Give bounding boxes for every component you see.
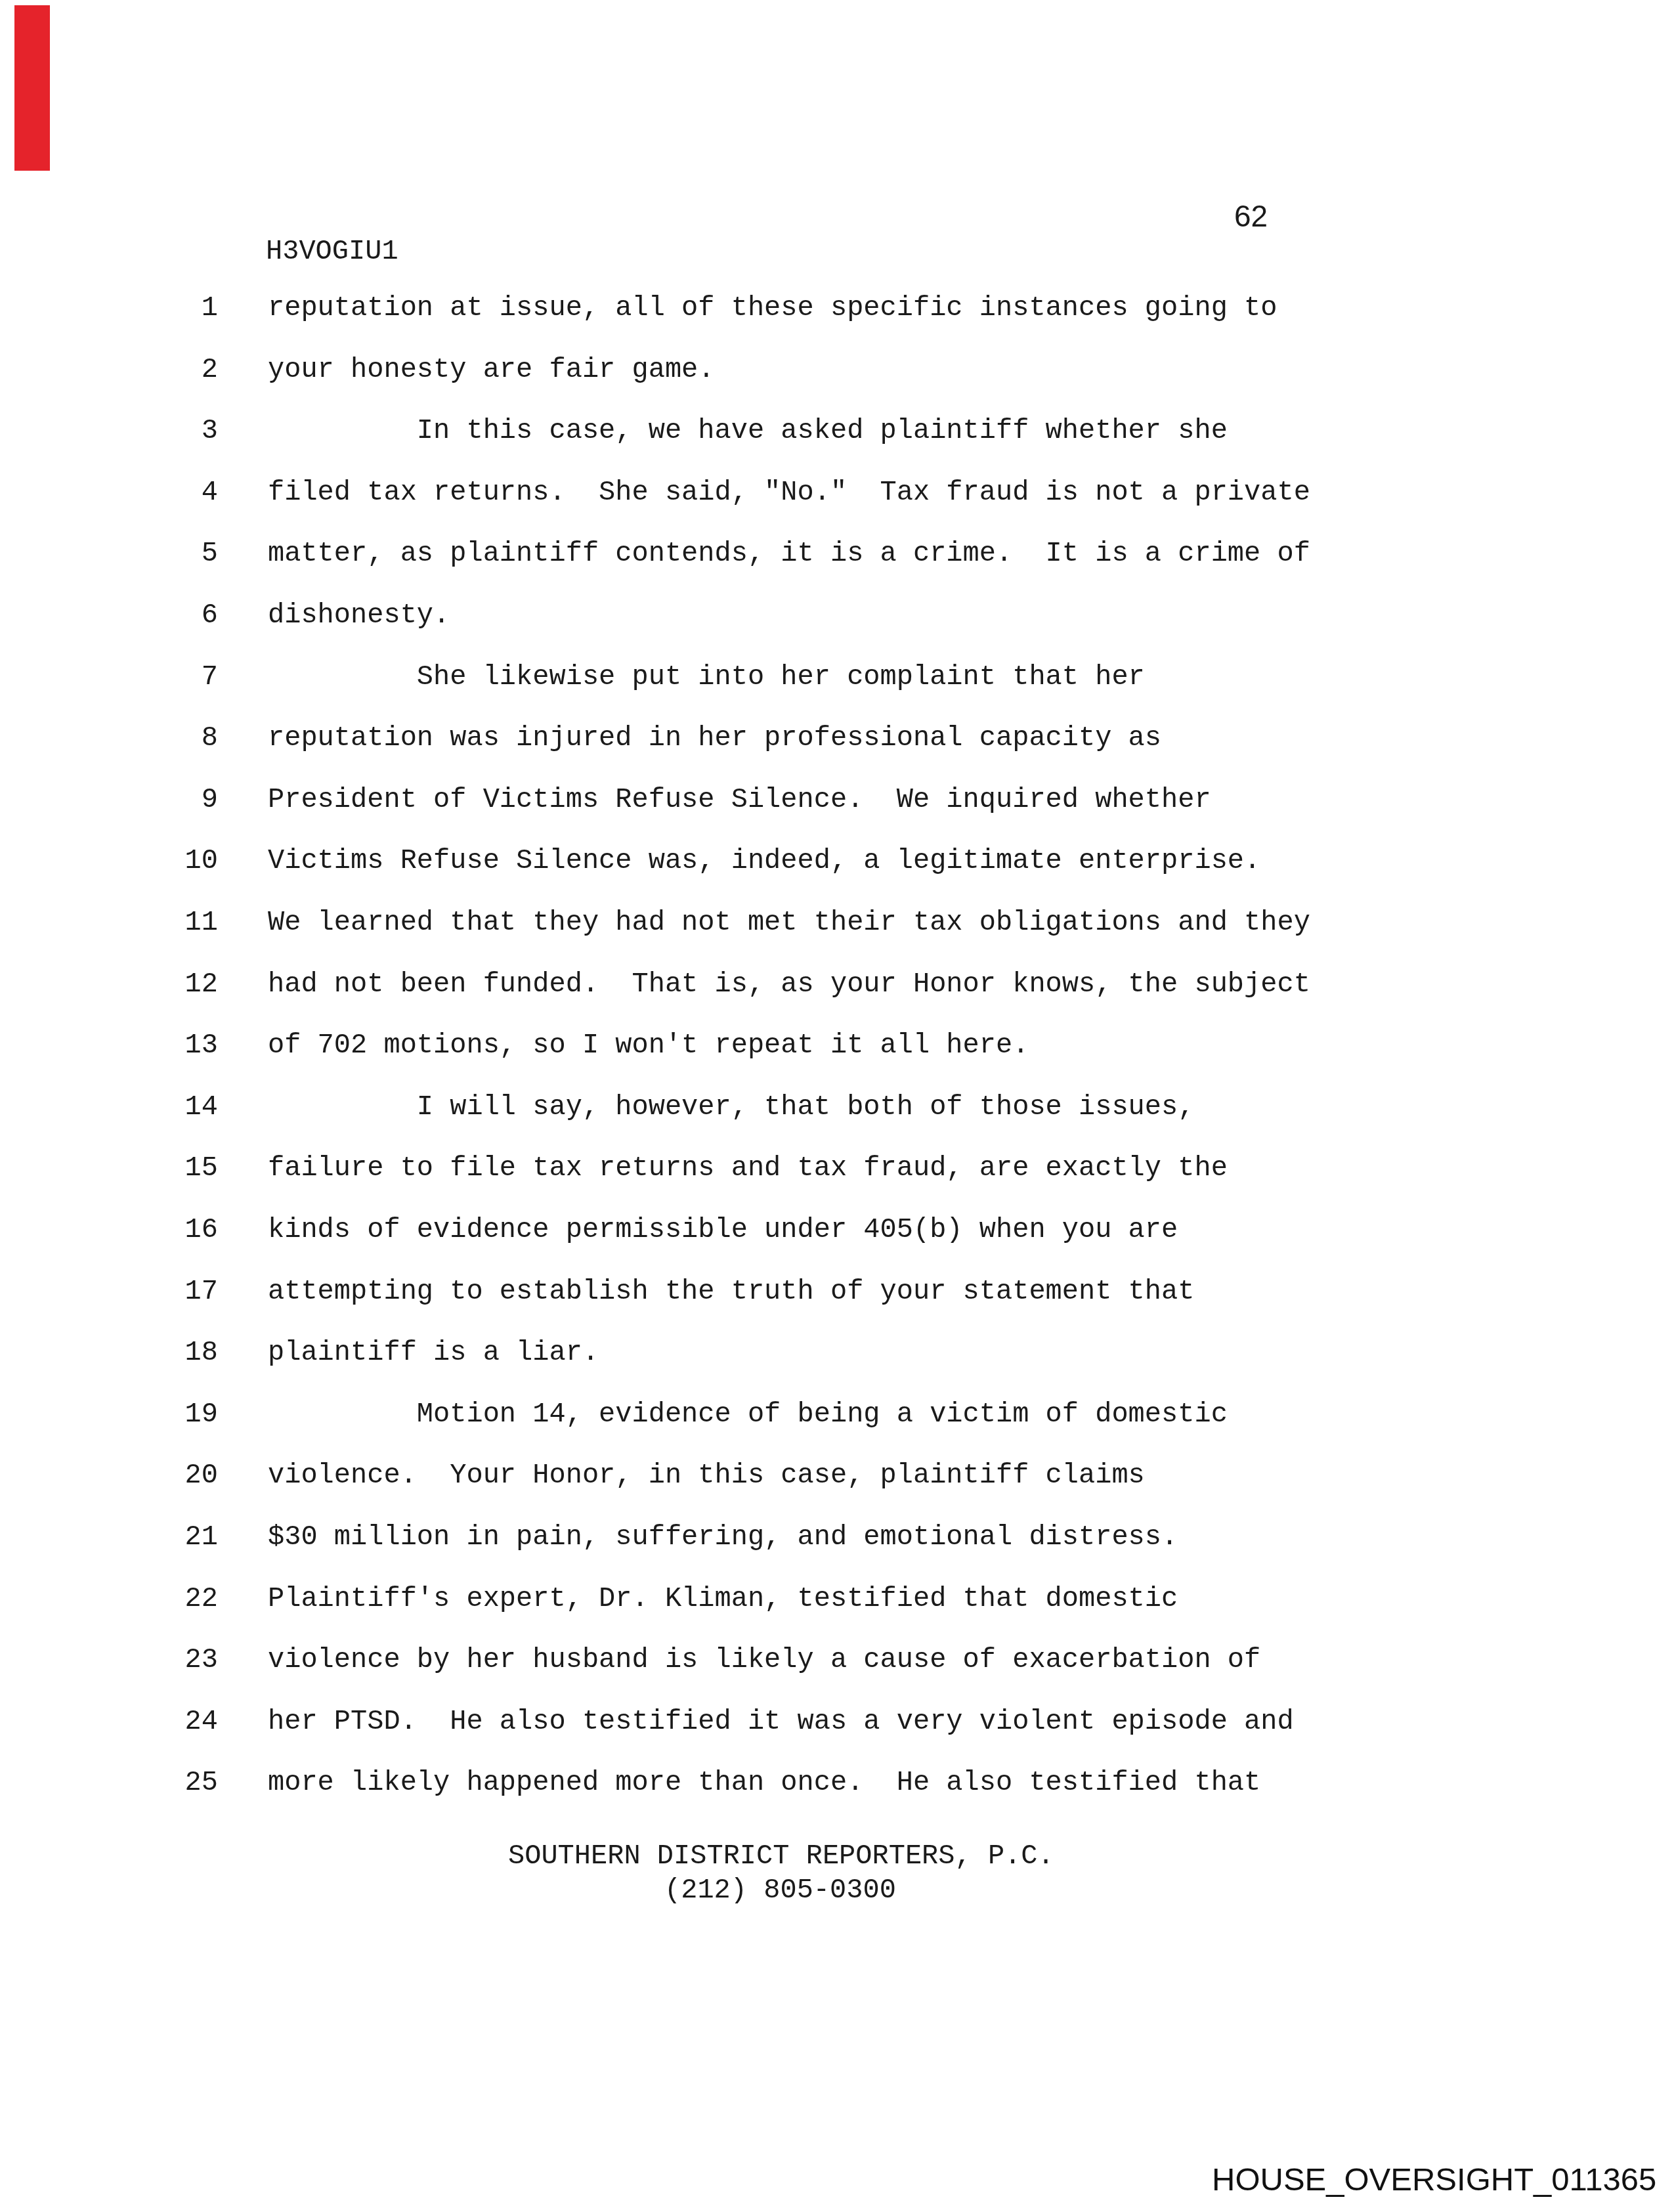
line-number: 13 bbox=[118, 1031, 218, 1059]
line-number: 14 bbox=[118, 1093, 218, 1121]
line-number: 4 bbox=[118, 479, 218, 506]
line-text: kinds of evidence permissible under 405(… bbox=[268, 1216, 1178, 1244]
line-number: 20 bbox=[118, 1462, 218, 1489]
line-text: attempting to establish the truth of you… bbox=[268, 1278, 1194, 1305]
transcript-line: 9President of Victims Refuse Silence. We… bbox=[0, 786, 1674, 819]
transcript-line: 4filed tax returns. She said, "No." Tax … bbox=[0, 479, 1674, 511]
transcript-line: 24her PTSD. He also testified it was a v… bbox=[0, 1708, 1674, 1741]
line-text: President of Victims Refuse Silence. We … bbox=[268, 786, 1211, 813]
transcript-line: 14 I will say, however, that both of tho… bbox=[0, 1093, 1674, 1126]
line-number: 11 bbox=[118, 909, 218, 936]
transcript-line: 21$30 million in pain, suffering, and em… bbox=[0, 1523, 1674, 1556]
line-number: 8 bbox=[118, 724, 218, 752]
line-number: 18 bbox=[118, 1339, 218, 1366]
line-number: 7 bbox=[118, 663, 218, 691]
line-text: I will say, however, that both of those … bbox=[268, 1093, 1194, 1121]
line-number: 2 bbox=[118, 356, 218, 383]
line-text: reputation was injured in her profession… bbox=[268, 724, 1161, 752]
transcript-line: 1reputation at issue, all of these speci… bbox=[0, 294, 1674, 327]
line-text: failure to file tax returns and tax frau… bbox=[268, 1154, 1228, 1182]
transcript-line: 7 She likewise put into her complaint th… bbox=[0, 663, 1674, 696]
transcript-line: 23violence by her husband is likely a ca… bbox=[0, 1646, 1674, 1679]
line-text: had not been funded. That is, as your Ho… bbox=[268, 970, 1310, 998]
line-number: 16 bbox=[118, 1216, 218, 1244]
transcript-line: 22Plaintiff's expert, Dr. Kliman, testif… bbox=[0, 1585, 1674, 1618]
transcript-line: 20violence. Your Honor, in this case, pl… bbox=[0, 1462, 1674, 1494]
transcript-line: 12had not been funded. That is, as your … bbox=[0, 970, 1674, 1003]
line-number: 17 bbox=[118, 1278, 218, 1305]
line-text: We learned that they had not met their t… bbox=[268, 909, 1310, 936]
transcript-line: 15failure to file tax returns and tax fr… bbox=[0, 1154, 1674, 1187]
line-number: 25 bbox=[118, 1769, 218, 1796]
transcript-line: 18plaintiff is a liar. bbox=[0, 1339, 1674, 1372]
line-number: 3 bbox=[118, 417, 218, 445]
line-text: Plaintiff's expert, Dr. Kliman, testifie… bbox=[268, 1585, 1178, 1613]
red-scan-mark bbox=[14, 5, 50, 171]
line-text: of 702 motions, so I won't repeat it all… bbox=[268, 1031, 1029, 1059]
line-text: She likewise put into her complaint that… bbox=[268, 663, 1145, 691]
line-text: In this case, we have asked plaintiff wh… bbox=[268, 417, 1228, 445]
transcript-line: 8reputation was injured in her professio… bbox=[0, 724, 1674, 757]
transcript-line: 5matter, as plaintiff contends, it is a … bbox=[0, 540, 1674, 573]
line-text: Victims Refuse Silence was, indeed, a le… bbox=[268, 847, 1260, 875]
line-number: 22 bbox=[118, 1585, 218, 1613]
transcript-session-id: H3VOGIU1 bbox=[266, 238, 398, 265]
line-number: 15 bbox=[118, 1154, 218, 1182]
transcript-line: 10Victims Refuse Silence was, indeed, a … bbox=[0, 847, 1674, 880]
transcript-line: 25more likely happened more than once. H… bbox=[0, 1769, 1674, 1802]
line-number: 9 bbox=[118, 786, 218, 813]
line-number: 1 bbox=[118, 294, 218, 322]
line-number: 6 bbox=[118, 601, 218, 629]
line-number: 12 bbox=[118, 970, 218, 998]
line-number: 19 bbox=[118, 1400, 218, 1428]
transcript-line: 13of 702 motions, so I won't repeat it a… bbox=[0, 1031, 1674, 1064]
line-text: matter, as plaintiff contends, it is a c… bbox=[268, 540, 1310, 567]
line-text: your honesty are fair game. bbox=[268, 356, 715, 383]
line-text: violence. Your Honor, in this case, plai… bbox=[268, 1462, 1145, 1489]
line-number: 10 bbox=[118, 847, 218, 875]
transcript-line: 19 Motion 14, evidence of being a victim… bbox=[0, 1400, 1674, 1433]
line-text: Motion 14, evidence of being a victim of… bbox=[268, 1400, 1228, 1428]
transcript-line: 3 In this case, we have asked plaintiff … bbox=[0, 417, 1674, 450]
line-text: filed tax returns. She said, "No." Tax f… bbox=[268, 479, 1310, 506]
footer-phone-number: (212) 805-0300 bbox=[664, 1876, 896, 1904]
transcript-line: 11We learned that they had not met their… bbox=[0, 909, 1674, 942]
footer-reporter-name: SOUTHERN DISTRICT REPORTERS, P.C. bbox=[508, 1842, 1054, 1870]
line-text: $30 million in pain, suffering, and emot… bbox=[268, 1523, 1178, 1551]
bates-stamp: HOUSE_OVERSIGHT_011365 bbox=[1212, 2164, 1656, 2196]
line-text: plaintiff is a liar. bbox=[268, 1339, 599, 1366]
line-number: 24 bbox=[118, 1708, 218, 1735]
page-number: 62 bbox=[1234, 201, 1268, 231]
transcript-line: 16kinds of evidence permissible under 40… bbox=[0, 1216, 1674, 1249]
line-text: violence by her husband is likely a caus… bbox=[268, 1646, 1260, 1674]
transcript-page: 62 H3VOGIU1 1reputation at issue, all of… bbox=[0, 0, 1674, 2212]
line-number: 5 bbox=[118, 540, 218, 567]
transcript-line: 6dishonesty. bbox=[0, 601, 1674, 634]
line-text: reputation at issue, all of these specif… bbox=[268, 294, 1277, 322]
transcript-line: 17attempting to establish the truth of y… bbox=[0, 1278, 1674, 1311]
line-number: 21 bbox=[118, 1523, 218, 1551]
line-text: more likely happened more than once. He … bbox=[268, 1769, 1260, 1796]
line-text: her PTSD. He also testified it was a ver… bbox=[268, 1708, 1294, 1735]
line-text: dishonesty. bbox=[268, 601, 450, 629]
transcript-line: 2your honesty are fair game. bbox=[0, 356, 1674, 389]
line-number: 23 bbox=[118, 1646, 218, 1674]
